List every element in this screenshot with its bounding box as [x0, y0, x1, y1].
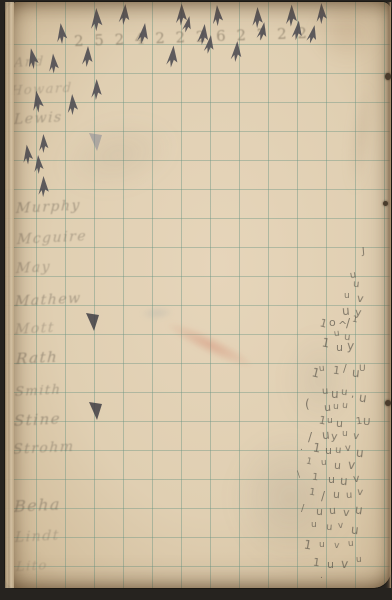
- pencil-check-mark: o: [329, 317, 336, 328]
- pencil-check-mark: u: [319, 365, 326, 375]
- page-stack-edge: [5, 2, 14, 588]
- handwritten-name: Stine: [14, 409, 62, 430]
- pencil-check-mark: u: [341, 402, 348, 412]
- pencil-check-mark: u: [325, 445, 332, 456]
- pencil-check-mark: u: [319, 541, 325, 550]
- pencil-check-mark: u: [322, 387, 329, 397]
- pencil-check-mark: v: [347, 459, 356, 472]
- pencil-check-mark: u: [329, 505, 337, 516]
- pencil-check-mark: u: [324, 402, 332, 414]
- pencil-check-mark: y: [331, 431, 338, 443]
- pencil-check-mark: u: [333, 330, 340, 340]
- handwritten-name: Rath: [16, 348, 59, 368]
- pencil-check-mark: v: [345, 444, 352, 454]
- pencil-check-mark: u: [327, 559, 334, 570]
- pencil-check-mark: u: [353, 280, 360, 291]
- pencil-check-mark: u: [321, 459, 327, 468]
- binding-tear-mark: [385, 400, 391, 406]
- pencil-check-mark: .: [320, 572, 323, 581]
- pencil-check-mark: ,: [351, 390, 354, 400]
- pencil-check-mark: v: [334, 542, 340, 551]
- binding-tear-mark: [385, 73, 391, 80]
- pencil-check-mark: u: [336, 418, 344, 429]
- pencil-check-mark: u: [336, 342, 343, 353]
- pencil-check-mark: U: [359, 365, 366, 374]
- pencil-check-mark: 1: [311, 473, 319, 484]
- pencil-check-mark: /: [346, 317, 350, 329]
- pencil-check-mark: u: [331, 388, 339, 400]
- pencil-check-mark: /: [343, 363, 347, 374]
- pencil-check-mark: v: [338, 522, 344, 531]
- pencil-check-mark: (: [305, 398, 310, 410]
- pencil-check-mark: u: [327, 417, 333, 426]
- pencil-check-mark: \: [297, 471, 300, 480]
- pencil-check-mark: u: [321, 429, 330, 442]
- pencil-check-mark: u: [344, 292, 350, 301]
- scanned-notebook-photo: 2 5 2 4 2 2 2 6 2 7 2 2 AndHowardLewisMu…: [0, 0, 392, 600]
- pencil-check-mark: u: [348, 540, 354, 549]
- pencil-check-mark: v: [343, 507, 350, 519]
- pencil-check-mark: u: [334, 460, 342, 471]
- pencil-check-mark: u: [340, 388, 347, 399]
- pencil-check-mark: u: [311, 521, 317, 530]
- pencil-check-mark: v: [353, 473, 360, 485]
- pencil-check-mark: u: [355, 447, 364, 460]
- pencil-check-mark: u: [333, 403, 339, 412]
- pencil-check-mark: /: [321, 490, 325, 502]
- handwritten-name: Lindt: [15, 528, 61, 546]
- pencil-check-mark: u: [342, 430, 348, 439]
- page-right-edge: [385, 2, 391, 588]
- pencil-check-mark: u: [350, 524, 359, 537]
- handwritten-name: Lewis: [14, 109, 64, 128]
- pencil-check-mark: u: [335, 446, 342, 457]
- handwritten-name: Smith: [15, 383, 62, 400]
- pencil-check-mark: .: [300, 444, 303, 453]
- handwritten-name: Beha: [14, 494, 62, 516]
- pencil-check-mark: u: [328, 474, 335, 485]
- handwritten-name: And: [14, 54, 45, 71]
- pencil-check-mark: u: [326, 523, 333, 533]
- pencil-check-mark: v: [356, 293, 364, 305]
- pencil-check-mark: u: [356, 556, 362, 565]
- handwritten-name: Mott: [15, 320, 56, 338]
- binding-tear-mark: [383, 201, 388, 206]
- pencil-check-mark: u: [339, 475, 348, 488]
- pencil-check-mark: u: [333, 489, 341, 500]
- pencil-check-mark: u: [316, 506, 324, 517]
- handwritten-name: May: [16, 259, 52, 277]
- pencil-check-mark: y: [347, 340, 355, 352]
- notebook-page: 2 5 2 4 2 2 2 6 2 7 2 2 AndHowardLewisMu…: [5, 2, 391, 588]
- pencil-check-mark: v: [356, 488, 363, 499]
- pencil-check-mark: /: [308, 431, 312, 443]
- pencil-check-mark: U: [363, 418, 371, 428]
- pencil-check-mark: /: [301, 504, 304, 514]
- pencil-check-mark: v: [340, 558, 348, 571]
- handwritten-name: Strohm: [13, 439, 75, 458]
- pencil-check-mark: u: [346, 491, 353, 501]
- pencil-check-mark: v: [352, 432, 359, 443]
- handwritten-name: Lito: [16, 558, 49, 575]
